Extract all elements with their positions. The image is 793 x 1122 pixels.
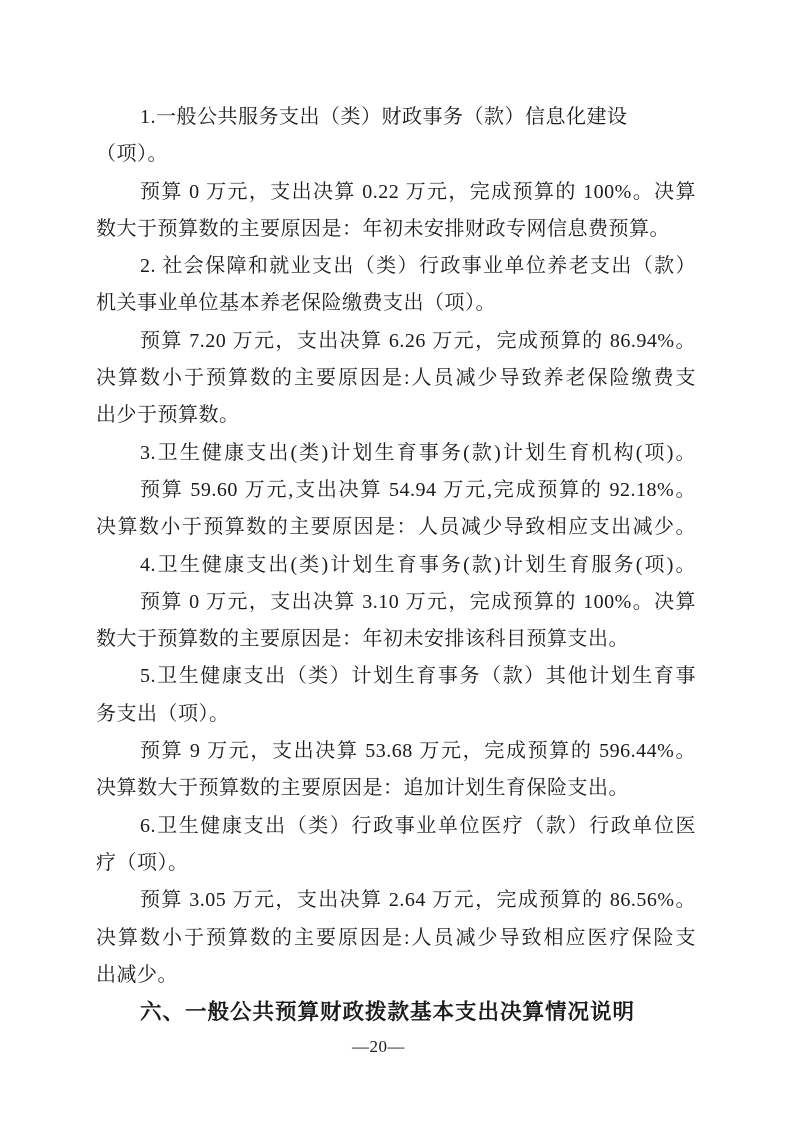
doc-line: 预算 7.20 万元，支出决算 6.26 万元，完成预算的 86.94%。 bbox=[96, 323, 696, 360]
doc-line: 决算数大于预算数的主要原因是：追加计划生育保险支出。 bbox=[96, 770, 696, 807]
doc-line: 务支出（项）。 bbox=[96, 696, 696, 733]
doc-line: 数大于预算数的主要原因是：年初未安排财政专网信息费预算。 bbox=[96, 211, 696, 248]
doc-line: 预算 3.05 万元，支出决算 2.64 万元，完成预算的 86.56%。 bbox=[96, 882, 696, 919]
doc-line: 6.卫生健康支出（类）行政事业单位医疗（款）行政单位医 bbox=[96, 808, 696, 845]
doc-line: 出减少。 bbox=[96, 957, 696, 994]
doc-line: 机关事业单位基本养老保险缴费支出（项）。 bbox=[96, 285, 696, 322]
doc-line: 决算数小于预算数的主要原因是:人员减少导致相应医疗保险支 bbox=[96, 920, 696, 957]
document-page: 1.一般公共服务支出（类）财政事务（款）信息化建设（项）。 预算 0 万元，支出… bbox=[0, 0, 793, 1122]
page-number: —20— bbox=[96, 1036, 661, 1058]
doc-line: 出少于预算数。 bbox=[96, 397, 696, 434]
doc-line: 决算数小于预算数的主要原因是：人员减少导致相应支出减少。 bbox=[96, 509, 696, 546]
doc-line: 3.卫生健康支出(类)计划生育事务(款)计划生育机构(项)。 bbox=[96, 435, 696, 472]
doc-line: 1.一般公共服务支出（类）财政事务（款）信息化建设（项）。 bbox=[96, 99, 696, 174]
doc-line: 疗（项）。 bbox=[96, 845, 696, 882]
doc-line: 4.卫生健康支出(类)计划生育事务(款)计划生育服务(项)。 bbox=[96, 547, 696, 584]
doc-line: 决算数小于预算数的主要原因是:人员减少导致养老保险缴费支 bbox=[96, 360, 696, 397]
doc-line: 2. 社会保障和就业支出（类）行政事业单位养老支出（款） bbox=[96, 248, 696, 285]
doc-line: 5.卫生健康支出（类）计划生育事务（款）其他计划生育事 bbox=[96, 658, 696, 695]
doc-line: 预算 0 万元，支出决算 3.10 万元，完成预算的 100%。决算 bbox=[96, 584, 696, 621]
doc-line: 预算 59.60 万元,支出决算 54.94 万元,完成预算的 92.18%。 bbox=[96, 472, 696, 509]
doc-line: 预算 9 万元，支出决算 53.68 万元，完成预算的 596.44%。 bbox=[96, 733, 696, 770]
doc-line: 数大于预算数的主要原因是：年初未安排该科目预算支出。 bbox=[96, 621, 696, 658]
document-body: 1.一般公共服务支出（类）财政事务（款）信息化建设（项）。 预算 0 万元，支出… bbox=[96, 99, 696, 1031]
section-heading: 六、一般公共预算财政拨款基本支出决算情况说明 bbox=[96, 994, 696, 1031]
doc-line: 预算 0 万元，支出决算 0.22 万元，完成预算的 100%。决算 bbox=[96, 174, 696, 211]
